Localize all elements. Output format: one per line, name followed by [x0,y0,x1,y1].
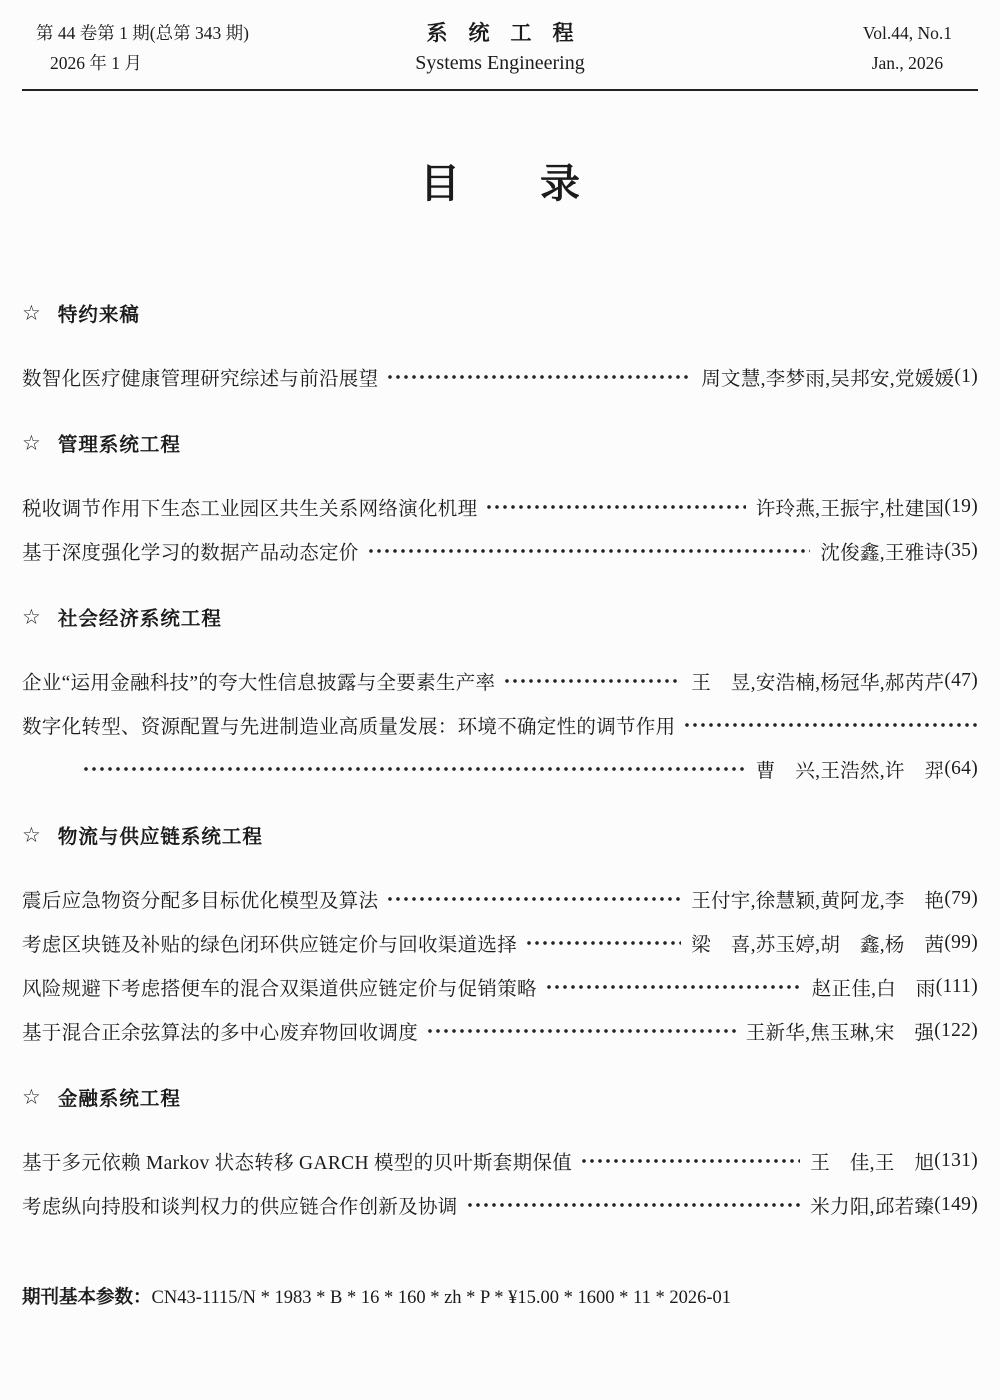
toc-entry-line: 税收调节作用下生态工业园区共生关系网络演化机理许玲燕,王振宇,杜建国(19) [22,493,978,521]
article-title: 风险规避下考虑搭便车的混合双渠道供应链定价与促销策略 [22,973,537,1001]
dot-leader [545,973,802,1001]
page-number: (131) [934,1150,978,1172]
page-number: (19) [944,496,978,518]
toc-entry-line: 考虑区块链及补贴的绿色闭环供应链定价与回收渠道选择梁 喜,苏玉婷,胡 鑫,杨 茜… [22,929,978,957]
article-title: 考虑区块链及补贴的绿色闭环供应链定价与回收渠道选择 [22,929,517,957]
journal-title-cn: 系 统 工 程 [22,18,978,48]
toc-entry-line: 基于深度强化学习的数据产品动态定价沈俊鑫,王雅诗(35) [22,537,978,565]
section-heading: ☆金融系统工程 [22,1083,978,1111]
article-title: 数智化医疗健康管理研究综述与前沿展望 [22,363,378,391]
star-icon: ☆ [22,823,41,848]
toc-section: ☆特约来稿数智化医疗健康管理研究综述与前沿展望周文慧,李梦雨,吴邦安,党媛媛(1… [22,299,978,391]
article-title: 税收调节作用下生态工业园区共生关系网络演化机理 [22,493,477,521]
toc-entry-line: 数智化医疗健康管理研究综述与前沿展望周文慧,李梦雨,吴邦安,党媛媛(1) [22,363,978,391]
dot-leader [683,711,978,739]
section-label: 物流与供应链系统工程 [58,821,263,849]
article-title: 企业“运用金融科技”的夸大性信息披露与全要素生产率 [22,667,495,695]
page-number: (149) [934,1194,978,1216]
star-icon: ☆ [22,301,41,326]
page-number: (35) [944,540,978,562]
article-authors: 梁 喜,苏玉婷,胡 鑫,杨 茜 [691,929,944,957]
toc-entry-line: 考虑纵向持股和谈判权力的供应链合作创新及协调米力阳,邱若臻(149) [22,1191,978,1219]
toc-entry-line: 基于混合正余弦算法的多中心废弃物回收调度王新华,焦玉琳,宋 强(122) [22,1017,978,1045]
article-authors: 王 佳,王 旭 [810,1147,934,1175]
dot-leader [367,537,811,565]
dot-leader [386,363,691,391]
article-title: 数字化转型、资源配置与先进制造业高质量发展：环境不确定性的调节作用 [22,711,675,739]
section-heading: ☆管理系统工程 [22,429,978,457]
section-label: 特约来稿 [58,299,140,327]
toc-section: ☆社会经济系统工程企业“运用金融科技”的夸大性信息披露与全要素生产率王 昱,安浩… [22,603,978,783]
section-label: 金融系统工程 [58,1083,181,1111]
page-number: (111) [936,976,978,998]
parameters-value: CN43-1115/N * 1983 * B * 16 * 160 * zh *… [152,1288,732,1308]
article-authors: 曹 兴,王浩然,许 羿 [756,755,945,783]
article-authors: 米力阳,邱若臻 [810,1191,934,1219]
toc-entry-line: 数字化转型、资源配置与先进制造业高质量发展：环境不确定性的调节作用 [22,711,978,739]
dot-leader [485,493,745,521]
article-authors: 周文慧,李梦雨,吴邦安,党媛媛 [701,363,954,391]
toc-entry-line: 企业“运用金融科技”的夸大性信息披露与全要素生产率王 昱,安浩楠,杨冠华,郝芮芹… [22,667,978,695]
volume-number: Vol.44, No.1 [863,18,952,48]
page-number: (99) [944,932,978,954]
toc-section: ☆金融系统工程基于多元依赖 Markov 状态转移 GARCH 模型的贝叶斯套期… [22,1083,978,1219]
toc-entry-line: 曹 兴,王浩然,许 羿(64) [22,755,978,783]
star-icon: ☆ [22,605,41,630]
star-icon: ☆ [22,1085,41,1110]
toc-entry-line: 风险规避下考虑搭便车的混合双渠道供应链定价与促销策略赵正佳,白 雨(111) [22,973,978,1001]
section-heading: ☆特约来稿 [22,299,978,327]
dot-leader [503,667,681,695]
journal-title-block: 系 统 工 程 Systems Engineering [22,18,978,78]
dot-leader [580,1147,800,1175]
toc-section: ☆管理系统工程税收调节作用下生态工业园区共生关系网络演化机理许玲燕,王振宇,杜建… [22,429,978,565]
article-authors: 王 昱,安浩楠,杨冠华,郝芮芹 [691,667,944,695]
article-authors: 赵正佳,白 雨 [812,973,936,1001]
dot-leader [466,1191,801,1219]
star-icon: ☆ [22,431,41,456]
header-divider [22,89,978,91]
toc-entry-line: 震后应急物资分配多目标优化模型及算法王付宇,徐慧颖,黄阿龙,李 艳(79) [22,885,978,913]
journal-parameters: 期刊基本参数：CN43-1115/N * 1983 * B * 16 * 160… [22,1283,978,1309]
page-title: 目 录 [22,161,978,207]
volume-info-block: Vol.44, No.1 Jan., 2026 [863,18,952,78]
article-title: 基于深度强化学习的数据产品动态定价 [22,537,359,565]
article-authors: 许玲燕,王振宇,杜建国 [756,493,945,521]
section-heading: ☆社会经济系统工程 [22,603,978,631]
section-label: 管理系统工程 [58,429,181,457]
dot-leader [426,1017,736,1045]
article-authors: 沈俊鑫,王雅诗 [820,537,944,565]
journal-header: 第 44 卷第 1 期(总第 343 期) 2026 年 1 月 系 统 工 程… [22,18,978,80]
page-number: (122) [934,1020,978,1042]
dot-leader [386,885,681,913]
dot-leader [82,755,746,783]
volume-date: Jan., 2026 [863,48,952,78]
article-title: 基于多元依赖 Markov 状态转移 GARCH 模型的贝叶斯套期保值 [22,1147,572,1175]
parameters-label: 期刊基本参数： [22,1286,152,1307]
article-title: 考虑纵向持股和谈判权力的供应链合作创新及协调 [22,1191,458,1219]
article-authors: 王付宇,徐慧颖,黄阿龙,李 艳 [691,885,944,913]
article-title: 基于混合正余弦算法的多中心废弃物回收调度 [22,1017,418,1045]
dot-leader [525,929,681,957]
section-label: 社会经济系统工程 [58,603,222,631]
page-number: (79) [944,888,978,910]
page-number: (64) [944,758,978,780]
section-heading: ☆物流与供应链系统工程 [22,821,978,849]
toc-section: ☆物流与供应链系统工程震后应急物资分配多目标优化模型及算法王付宇,徐慧颖,黄阿龙… [22,821,978,1045]
page-number: (47) [944,670,978,692]
toc-list: ☆特约来稿数智化医疗健康管理研究综述与前沿展望周文慧,李梦雨,吴邦安,党媛媛(1… [22,299,978,1219]
article-title: 震后应急物资分配多目标优化模型及算法 [22,885,378,913]
journal-toc-page: 第 44 卷第 1 期(总第 343 期) 2026 年 1 月 系 统 工 程… [0,0,1000,1400]
journal-title-en: Systems Engineering [22,48,978,78]
page-number: (1) [954,366,978,388]
toc-entry-line: 基于多元依赖 Markov 状态转移 GARCH 模型的贝叶斯套期保值王 佳,王… [22,1147,978,1175]
article-authors: 王新华,焦玉琳,宋 强 [746,1017,935,1045]
